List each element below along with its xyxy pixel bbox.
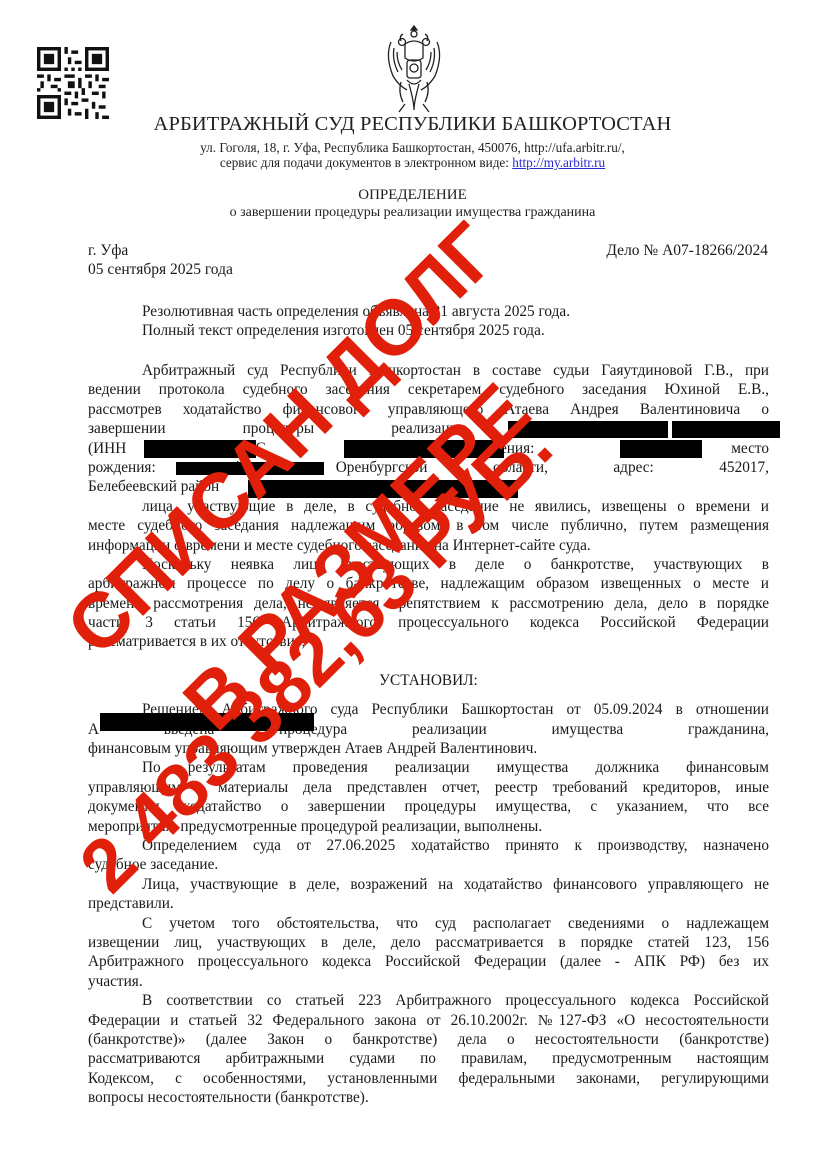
text-line: вопросы несостоятельности (банкротстве). [88, 1088, 769, 1107]
redaction-bar [144, 440, 256, 458]
text-line: (банкротстве)» (далее Закон о банкротств… [88, 1030, 769, 1049]
text-line: лица, участвующие в деле, в судебное зас… [88, 497, 769, 516]
text-line: мероприятия, предусмотренные процедурой … [88, 817, 769, 836]
text-line: месте судебного заседания надлежащим обр… [88, 516, 769, 535]
text-line: информации о времени и месте судебного з… [88, 536, 769, 555]
text-line: рассматривается в их отсутствие, [88, 632, 769, 651]
text-line: По результатам проведения реализации иму… [88, 758, 769, 777]
redaction-bar [100, 713, 314, 731]
announce-line: Полный текст определения изготовлен 05 с… [88, 321, 769, 340]
text-line: Арбитражный суд Республики Башкортостан … [88, 361, 769, 380]
text-line: документы, ходатайство о завершении проц… [88, 797, 769, 816]
text-line: Федерации и статьей 32 Федерального зако… [88, 1011, 769, 1030]
redaction-bar [248, 480, 518, 498]
text-line: рассмотрев ходатайство финансового управ… [88, 400, 769, 419]
paragraph-p2: лица, участвующие в деле, в судебное зас… [88, 497, 769, 555]
paragraph-p5: По результатам проведения реализации иму… [88, 758, 769, 836]
qr-code-icon [37, 47, 109, 119]
text-line: ведении протокола судебного заседания се… [88, 380, 769, 399]
section-heading: УСТАНОВИЛ: [88, 671, 769, 690]
text-line: С учетом того обстоятельства, что суд ра… [88, 914, 769, 933]
text-line: финансовым управляющим утвержден Атаев А… [88, 739, 769, 758]
court-address: ул. Гоголя, 18, г. Уфа, Республика Башко… [0, 140, 825, 156]
text-line: участия. [88, 972, 769, 991]
text-line: Кодексом, с особенностями, установленным… [88, 1069, 769, 1088]
text-line: представили. [88, 894, 769, 913]
paragraph-p8: С учетом того обстоятельства, что суд ра… [88, 914, 769, 992]
court-document-page: АРБИТРАЖНЫЙ СУД РЕСПУБЛИКИ БАШКОРТОСТАН … [0, 0, 825, 1167]
case-number: Дело № А07-18266/2024 [606, 242, 768, 260]
text-line: В соответствии со статьей 223 Арбитражно… [88, 991, 769, 1010]
text-line: времени рассмотрения дела, не является п… [88, 594, 769, 613]
redaction-bar [508, 421, 668, 438]
text-line: судебное заседание. [88, 855, 769, 874]
text-line: Арбитражного процессуального кодекса Рос… [88, 952, 769, 971]
text-line: управляющим в материалы дела представлен… [88, 778, 769, 797]
redaction-bar [672, 421, 780, 438]
paragraph-p3: Поскольку неявка лиц, участвующих в деле… [88, 555, 769, 652]
text-line: части 3 статьи 156 Арбитражного процессу… [88, 613, 769, 632]
paragraph-p7: Лица, участвующие в деле, возражений на … [88, 875, 769, 914]
text-line: Поскольку неявка лиц, участвующих в деле… [88, 555, 769, 574]
e-filing-link[interactable]: http://my.arbitr.ru [512, 155, 605, 170]
court-name: АРБИТРАЖНЫЙ СУД РЕСПУБЛИКИ БАШКОРТОСТАН [0, 113, 825, 136]
paragraph-p6: Определением суда от 27.06.2025 ходатайс… [88, 836, 769, 875]
announce-line: Резолютивная часть определения объявлена… [88, 302, 769, 321]
paragraph-p9: В соответствии со статьей 223 Арбитражно… [88, 991, 769, 1107]
e-filing-service-label: сервис для подачи документов в электронн… [220, 155, 512, 170]
text-line: рассматриваются арбитражными судами по п… [88, 1049, 769, 1068]
document-type: ОПРЕДЕЛЕНИЕ [0, 187, 825, 204]
document-subtitle: о завершении процедуры реализации имущес… [0, 205, 825, 221]
text-line: Определением суда от 27.06.2025 ходатайс… [88, 836, 769, 855]
text-line: арбитражном процессе по делу о банкротст… [88, 574, 769, 593]
announcement-block: Резолютивная часть определения объявлена… [88, 302, 769, 341]
text-line: Лица, участвующие в деле, возражений на … [88, 875, 769, 894]
redaction-bar [176, 462, 324, 475]
redaction-bar [344, 440, 504, 458]
redaction-bar [620, 440, 702, 458]
russian-coat-of-arms-icon [383, 22, 445, 118]
text-line: извещении лиц, участвующих в деле, дело … [88, 933, 769, 952]
issue-city: г. Уфа [88, 242, 128, 260]
e-filing-service-line: сервис для подачи документов в электронн… [0, 155, 825, 171]
issue-date: 05 сентября 2025 года [88, 261, 233, 279]
